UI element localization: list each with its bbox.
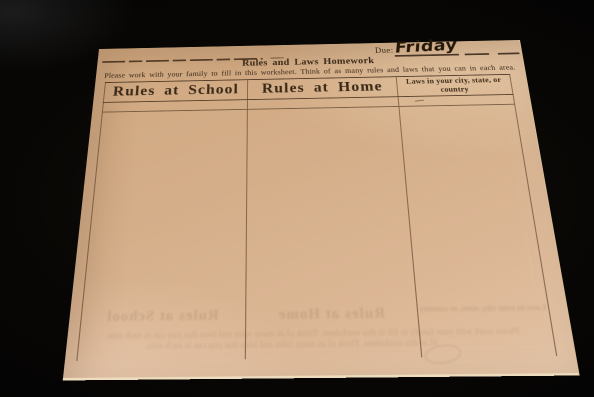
stray-pen-mark — [415, 100, 424, 102]
column-header-laws: Laws in your city, state, or country — [396, 75, 514, 96]
column-header-home: Rules at Home — [247, 77, 398, 99]
showthrough-text: Rules at School Rules at Home Laws in yo… — [79, 302, 552, 333]
worksheet-content: Due: Friday Rules and Laws Homework Plea… — [63, 40, 578, 378]
due-handwritten-value: Friday — [394, 36, 459, 56]
photo-scene: Due: Friday Rules and Laws Homework Plea… — [0, 0, 594, 397]
worksheet-paper: Due: Friday Rules and Laws Homework Plea… — [63, 40, 580, 380]
due-label: Due: — [375, 46, 394, 55]
column-header-school: Rules at School — [103, 80, 247, 102]
